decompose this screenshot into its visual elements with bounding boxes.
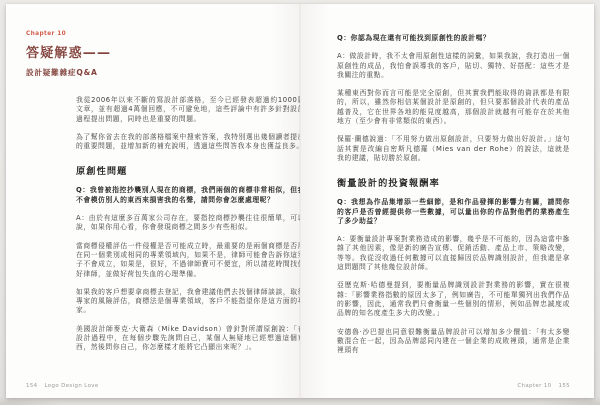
body-paragraph: 當商標侵權評估一件侵權是否可能成立時，最重要的是兩個商標是否用在同一個業別或相同…	[76, 242, 305, 279]
question-paragraph: Q：我想為作品集增添一些細節，是和作品發揮的影響力有關，請問你的客戶是否曾經提供…	[337, 198, 570, 226]
body-paragraph: 保羅·蘭德說過：「不用努力做出原創設計，只要努力做出好設計。」這句話其實是改編自…	[337, 135, 570, 163]
page-footer-left: 154Logo Design Love	[26, 383, 99, 389]
book-photo: Chapter 10 答疑解惑—— 設計疑難雜症Q&A 我從2006年以來不斷的…	[0, 0, 600, 405]
answer-paragraph: A：要衡量設計專案對業務造成的影響，幾乎是不可能的，因為這當中摻雜了其他因素，像…	[337, 235, 570, 272]
intro-paragraph: 為了幫你省去在我的部落格檔案中搜索答案，我特別選出幾個讀者提出的重要問題，並增加…	[76, 133, 305, 152]
intro-paragraph: 我從2006年以來不斷的寫設計部落格，至今已經發表超過約1000篇文章，並有超過…	[76, 96, 305, 124]
page-number: 155	[559, 383, 571, 389]
question-paragraph: Q：你認為現在還有可能找到原創性的設計嗎？	[337, 34, 570, 43]
body-paragraph: 某種東西對你而言可能是完全原創，但其實我們能取得的資訊都是有限的，所以，雖然你相…	[337, 89, 570, 126]
right-text-column: Q：你認為現在還有可能找到原創性的設計嗎？ A：做設計時，我不太會用原創性這樣的…	[337, 34, 570, 364]
chapter-label: Chapter 10	[26, 31, 111, 37]
page-footer-right: Chapter 10155	[517, 383, 570, 389]
body-paragraph: 亞歷克斯·哈德曼提到，要衡量品牌識別設計對業務的影響，實在很複雜：「影響業務指數…	[337, 281, 570, 318]
page-number: 154	[26, 383, 38, 389]
answer-paragraph: A：做設計時，我不太會用原創性這樣的詞彙，如果我說，我打造出一個原創性的成品，我…	[337, 52, 570, 80]
answer-paragraph: A：由於有這麼多百萬家公司存在，要指控商標抄襲往往很簡單，可以說，如果你用心看，…	[76, 214, 305, 233]
book-spread: Chapter 10 答疑解惑—— 設計疑難雜症Q&A 我從2006年以來不斷的…	[6, 4, 594, 398]
section-heading-originality: 原創性問題	[76, 163, 305, 177]
body-paragraph: 如果我的客戶想要拿商標去登記，我會建議他們去找個律師談談，取得專家的風險評估，商…	[76, 288, 305, 316]
chapter-label-footer: Chapter 10	[517, 383, 551, 389]
question-paragraph: Q：我曾被指控抄襲別人現在的商標，我們兩個的商標非常相似，但我不會模仿別人的東西…	[76, 186, 305, 205]
page-left: Chapter 10 答疑解惑—— 設計疑難雜症Q&A 我從2006年以來不斷的…	[6, 4, 300, 398]
book-title: Logo Design Love	[45, 383, 99, 389]
chapter-heading-block: Chapter 10 答疑解惑—— 設計疑難雜症Q&A	[26, 31, 111, 78]
page-gutter	[299, 4, 301, 398]
page-right: Q：你認為現在還有可能找到原創性的設計嗎？ A：做設計時，我不太會用原創性這樣的…	[300, 4, 594, 398]
body-paragraph: 安德魯·沙巴提也同意很難衡量品牌設計可以增加多少價值：「有太多變數混合在一起，因…	[337, 328, 570, 356]
chapter-title: 答疑解惑——	[26, 42, 111, 61]
left-text-column: 我從2006年以來不斷的寫設計部落格，至今已經發表超過約1000篇文章，並有超過…	[76, 96, 305, 362]
chapter-subtitle: 設計疑難雜症Q&A	[26, 67, 111, 78]
section-heading-roi: 衡量設計的投資報酬率	[337, 175, 570, 189]
body-paragraph: 美國設計師麥克·大衛森（Mike Davidson）曾針對所謂原創說：「在設計過…	[76, 325, 305, 353]
